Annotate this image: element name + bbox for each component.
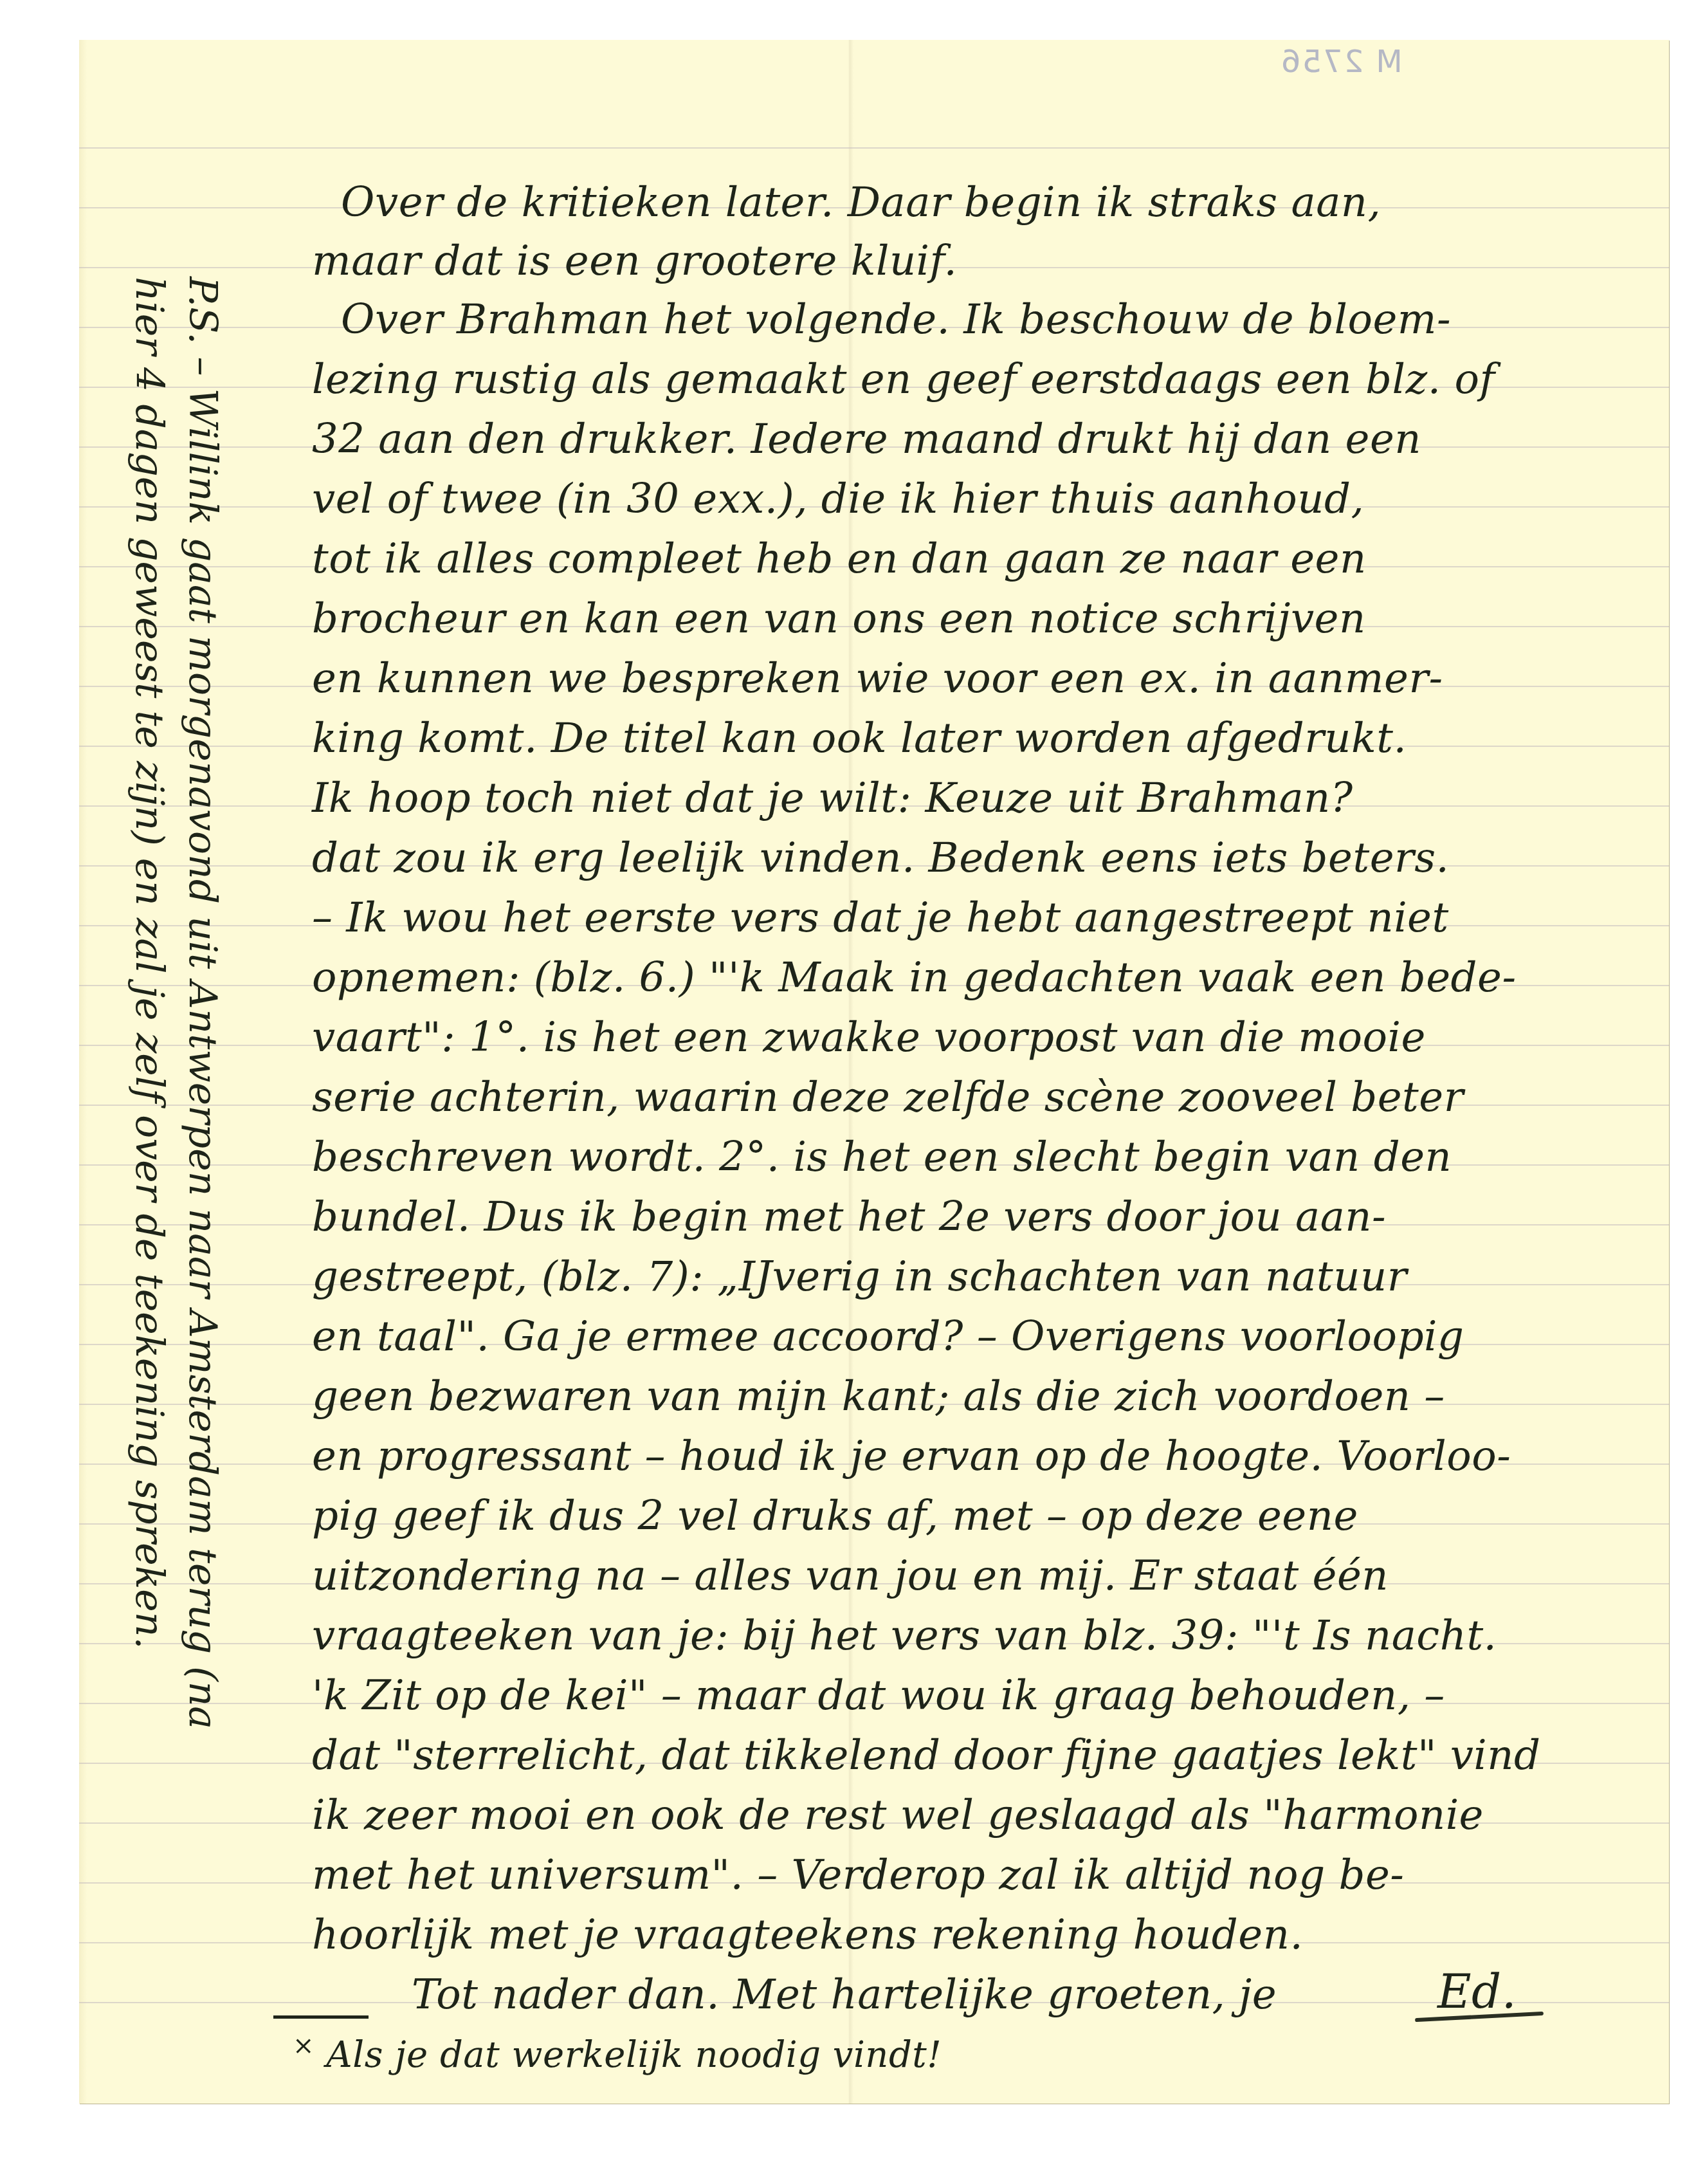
postscript-line-1: P.S. – Willink gaat morgenavond uit Antw… bbox=[183, 277, 222, 1729]
letter-line-19: gestreept, (blz. 7): „IJverig in schacht… bbox=[312, 1256, 1407, 1298]
letter-line-25: vraagteeken van je: bij het vers van blz… bbox=[312, 1615, 1497, 1656]
footnote-marker: × bbox=[293, 2031, 315, 2060]
letter-line-12: dat zou ik erg leelijk vinden. Bedenk ee… bbox=[312, 838, 1449, 879]
letter-line-26: 'k Zit op de kei" – maar dat wou ik graa… bbox=[312, 1675, 1445, 1716]
signature: Ed. bbox=[1437, 1968, 1517, 2015]
ruled-line bbox=[79, 147, 1669, 149]
letter-line-20: en taal". Ga je ermee accoord? – Overige… bbox=[312, 1316, 1464, 1357]
letter-line-13: – Ik wou het eerste vers dat je hebt aan… bbox=[312, 897, 1449, 939]
footnote-text: Als je dat werkelijk noodig vindt! bbox=[326, 2034, 942, 2076]
letter-line-27: dat "sterrelicht, dat tikkelend door fij… bbox=[312, 1735, 1540, 1776]
letter-line-7: tot ik alles compleet heb en dan gaan ze… bbox=[312, 538, 1367, 580]
letter-line-5: 32 aan den drukker. Iedere maand drukt h… bbox=[312, 419, 1421, 460]
postscript-line-2: hier 4 dagen geweest te zijn) en zal je … bbox=[130, 277, 169, 1649]
letter-line-30: hoorlijk met je vraagteekens rekening ho… bbox=[312, 1914, 1303, 1956]
letter-line-23: pig geef ik dus 2 vel druks af, met – op… bbox=[312, 1496, 1358, 1537]
letter-line-6: vel of twee (in 30 exx.), die ik hier th… bbox=[312, 479, 1364, 520]
letter-line-15: vaart": 1°. is het een zwakke voorpost v… bbox=[312, 1017, 1426, 1058]
letter-line-24: uitzondering na – alles van jou en mij. … bbox=[312, 1555, 1389, 1597]
footnote: × Als je dat werkelijk noodig vindt! bbox=[293, 2033, 942, 2073]
letter-line-10: king komt. De titel kan ook later worden… bbox=[312, 718, 1407, 759]
archive-stamp: M 2756 bbox=[1280, 44, 1403, 80]
letter-line-9: en kunnen we bespreken wie voor een ex. … bbox=[312, 658, 1443, 699]
letter-line-4: lezing rustig als gemaakt en geef eerstd… bbox=[312, 359, 1495, 400]
letter-line-2: maar dat is een grootere kluif. bbox=[312, 241, 957, 282]
letter-line-8: brocheur en kan een van ons een notice s… bbox=[312, 598, 1366, 639]
letter-line-11: Ik hoop toch niet dat je wilt: Keuze uit… bbox=[312, 778, 1353, 819]
letter-line-16: serie achterin, waarin deze zelfde scène… bbox=[312, 1077, 1464, 1118]
letter-line-22: en progressant – houd ik je ervan op de … bbox=[312, 1436, 1511, 1477]
letter-line-21: geen bezwaren van mijn kant; als die zic… bbox=[312, 1376, 1445, 1417]
letter-line-28: ik zeer mooi en ook de rest wel geslaagd… bbox=[312, 1795, 1484, 1836]
letter-line-29: met het universum". – Verderop zal ik al… bbox=[312, 1855, 1404, 1896]
letter-line-18: bundel. Dus ik begin met het 2e vers doo… bbox=[312, 1197, 1386, 1238]
closing-line: Tot nader dan. Met hartelijke groeten, j… bbox=[412, 1974, 1277, 2015]
letter-line-17: beschreven wordt. 2°. is het een slecht … bbox=[312, 1137, 1452, 1178]
letter-line-14: opnemen: (blz. 6.) "'k Maak in gedachten… bbox=[312, 957, 1517, 998]
footnote-rule bbox=[273, 2015, 369, 2019]
letter-line-3: Over Brahman het volgende. Ik beschouw d… bbox=[341, 299, 1451, 340]
letter-line-1: Over de kritieken later. Daar begin ik s… bbox=[341, 182, 1381, 223]
